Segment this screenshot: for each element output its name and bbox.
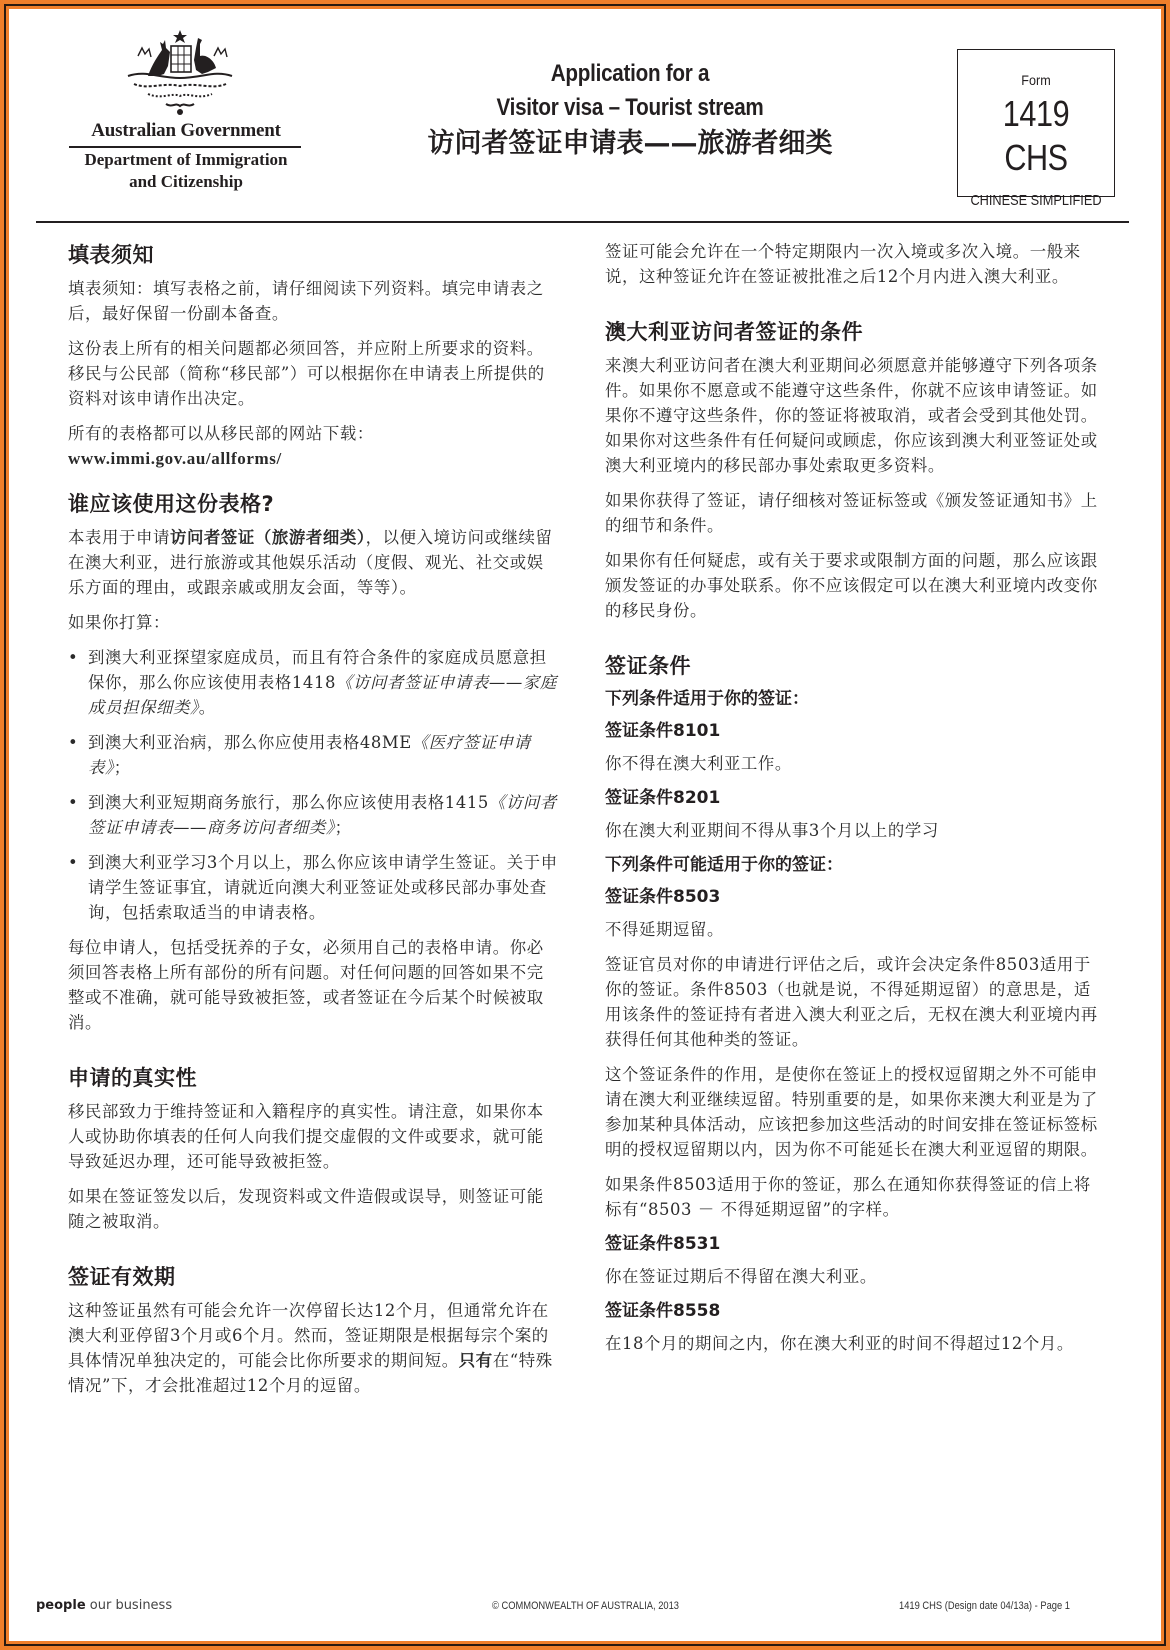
paragraph: 所有的表格都可以从移民部的网站下载： www.immi.gov.au/allfo… <box>68 421 558 471</box>
form-language: CHINESE SIMPLIFIED <box>970 192 1103 209</box>
section-heading: 申请的真实性 <box>68 1063 558 1093</box>
paragraph: 每位申请人，包括受抚养的子女，必须用自己的表格申请。你必须回答表格上所有部份的所… <box>68 935 558 1035</box>
left-column: 填表须知 填表须知：填写表格之前，请仔细阅读下列资料。填完申请表之后，最好保留一… <box>68 240 558 1408</box>
paragraph: 如果你获得了签证，请仔细核对签证标签或《颁发签证通知书》上的细节和条件。 <box>605 488 1105 538</box>
header-divider <box>36 221 1129 223</box>
condition-8201-text: 你在澳大利亚期间不得从事3个月以上的学习 <box>605 818 1105 843</box>
condition-8503-text: 签证官员对你的申请进行评估之后，或许会决定条件8503适用于你的签证。条件850… <box>605 952 1105 1052</box>
australian-coat-of-arms-icon <box>118 26 242 118</box>
visa-name-bold: 访问者签证（旅游者细类） <box>170 528 366 547</box>
list-item: •到澳大利亚探望家庭成员，而且有符合条件的家庭成员愿意担保你，那么你应该使用表格… <box>68 645 558 720</box>
bullet-icon: • <box>68 730 78 755</box>
section-visa-validity: 签证有效期 这种签证虽然有可能会允许一次停留长达12个月，但通常允许在澳大利亚停… <box>68 1262 558 1398</box>
list-item: •到澳大利亚学习3个月以上，那么你应该申请学生签证。关于申请学生签证事宜，请就近… <box>68 850 558 925</box>
condition-8558-title: 签证条件8558 <box>605 1299 1105 1323</box>
section-heading: 签证条件 <box>605 651 1105 681</box>
department-line-1: Department of Immigration <box>56 149 316 171</box>
list-item: •到澳大利亚短期商务旅行，那么你应该使用表格1415《访问者签证申请表——商务访… <box>68 790 558 840</box>
bullet-icon: • <box>68 850 78 875</box>
paragraph: 如果你有任何疑虑，或有关于要求或限制方面的问题，那么应该跟颁发签证的办事处联系。… <box>605 548 1105 623</box>
text-run: 到澳大利亚短期商务旅行，那么你应该使用表格1415 <box>88 793 489 812</box>
slogan-light: our business <box>86 1598 172 1613</box>
slogan-bold: people <box>36 1598 86 1613</box>
forms-url-link[interactable]: www.immi.gov.au/allforms/ <box>68 449 282 468</box>
section-heading: 谁应该使用这份表格? <box>68 489 558 519</box>
section-gap <box>605 299 1105 317</box>
section-visa-conditions: 签证条件 下列条件适用于你的签证： 签证条件8101 你不得在澳大利亚工作。 签… <box>605 651 1105 1356</box>
section-heading: 澳大利亚访问者签证的条件 <box>605 317 1105 347</box>
section-visitor-conditions: 澳大利亚访问者签证的条件 来澳大利亚访问者在澳大利亚期间必须愿意并能够遵守下列各… <box>605 317 1105 623</box>
section-gap <box>68 1244 558 1262</box>
text-run: ； <box>335 818 352 837</box>
document-title: Application for a Visitor visa – Tourist… <box>380 57 880 162</box>
subheading-may-apply: 下列条件可能适用于你的签证： <box>605 853 1105 877</box>
paragraph: 这种签证虽然有可能会允许一次停留长达12个月，但通常允许在澳大利亚停留3个月或6… <box>68 1298 558 1398</box>
condition-8503-text: 如果条件8503适用于你的签证，那么在通知你获得签证的信上将标有“8503 － … <box>605 1172 1105 1222</box>
right-column: 签证可能会允许在一个特定期限内一次入境或多次入境。一般来说，这种签证允许在签证被… <box>605 239 1105 1366</box>
paragraph: 本表用于申请访问者签证（旅游者细类），以便入境访问或继续留在澳大利亚，进行旅游或… <box>68 525 558 600</box>
condition-8101-title: 签证条件8101 <box>605 719 1105 743</box>
condition-8503-text: 这个签证条件的作用，是使你在签证上的授权逗留期之外不可能申请在澳大利亚继续逗留。… <box>605 1062 1105 1162</box>
paragraph: 移民部致力于维持签证和入籍程序的真实性。请注意，如果你本人或协助你填表的任何人向… <box>68 1099 558 1174</box>
subheading-applies: 下列条件适用于你的签证： <box>605 687 1105 711</box>
title-english-line-2: Visitor visa – Tourist stream <box>415 91 845 125</box>
paragraph: 如果你打算： <box>68 610 558 635</box>
title-english-line-1: Application for a <box>415 57 845 91</box>
government-divider <box>69 146 301 148</box>
bullet-icon: • <box>68 645 78 670</box>
condition-8503-title: 签证条件8503 <box>605 885 1105 909</box>
section-heading: 签证有效期 <box>68 1262 558 1292</box>
paragraph: 填表须知：填写表格之前，请仔细阅读下列资料。填完申请表之后，最好保留一份副本备查… <box>68 276 558 326</box>
condition-8201-title: 签证条件8201 <box>605 786 1105 810</box>
section-gap <box>68 1045 558 1063</box>
section-who-should-use: 谁应该使用这份表格? 本表用于申请访问者签证（旅游者细类），以便入境访问或继续留… <box>68 489 558 1035</box>
form-id-box: Form 1419 CHS CHINESE SIMPLIFIED <box>957 49 1115 197</box>
paragraph: 来澳大利亚访问者在澳大利亚期间必须愿意并能够遵守下列各项条件。如果你不愿意或不能… <box>605 353 1105 478</box>
condition-8531-title: 签证条件8531 <box>605 1232 1105 1256</box>
text-run: 。 <box>199 698 216 717</box>
condition-8503-text: 不得延期逗留。 <box>605 917 1105 942</box>
download-note: 所有的表格都可以从移民部的网站下载： <box>68 424 374 443</box>
section-gap <box>68 471 558 489</box>
bullet-icon: • <box>68 790 78 815</box>
title-chinese: 访问者签证申请表——旅游者细类 <box>380 126 880 162</box>
condition-8531-text: 你在签证过期后不得留在澳大利亚。 <box>605 1264 1105 1289</box>
condition-8101-text: 你不得在澳大利亚工作。 <box>605 751 1105 776</box>
emphasis-bold: 只有 <box>459 1351 493 1370</box>
department-line-2: and Citizenship <box>56 171 316 193</box>
text-run: 本表用于申请 <box>68 528 170 547</box>
department-name: Department of Immigration and Citizenshi… <box>56 149 316 193</box>
section-gap <box>605 633 1105 651</box>
paragraph: 签证可能会允许在一个特定期限内一次入境或多次入境。一般来说，这种签证允许在签证被… <box>605 239 1105 289</box>
text-run: ； <box>114 758 131 777</box>
text-run: 到澳大利亚治病，那么你应使用表格48ME <box>88 733 412 752</box>
text-run: 到澳大利亚学习3个月以上，那么你应该申请学生签证。关于申请学生签证事宜，请就近向… <box>88 853 558 922</box>
condition-8558-text: 在18个月的期间之内，你在澳大利亚的时间不得超过12个月。 <box>605 1331 1105 1356</box>
footer-slogan: people our business <box>36 1598 172 1613</box>
paragraph: 这份表上所有的相关问题都必须回答，并应附上所要求的资料。移民与公民部（简称“移民… <box>68 336 558 411</box>
bullet-list: •到澳大利亚探望家庭成员，而且有符合条件的家庭成员愿意担保你，那么你应该使用表格… <box>68 645 558 925</box>
section-heading: 填表须知 <box>68 240 558 270</box>
form-number: 1419 CHS <box>970 92 1103 180</box>
section-instructions: 填表须知 填表须知：填写表格之前，请仔细阅读下列资料。填完申请表之后，最好保留一… <box>68 240 558 471</box>
footer-page-info: 1419 CHS (Design date 04/13a) - Page 1 <box>161 1600 1071 1612</box>
list-item: •到澳大利亚治病，那么你应使用表格48ME《医疗签证申请表》； <box>68 730 558 780</box>
section-authenticity: 申请的真实性 移民部致力于维持签证和入籍程序的真实性。请注意，如果你本人或协助你… <box>68 1063 558 1234</box>
form-label: Form <box>966 72 1106 88</box>
government-name: Australian Government <box>66 120 306 142</box>
paragraph: 如果在签证签发以后，发现资料或文件造假或误导，则签证可能随之被取消。 <box>68 1184 558 1234</box>
